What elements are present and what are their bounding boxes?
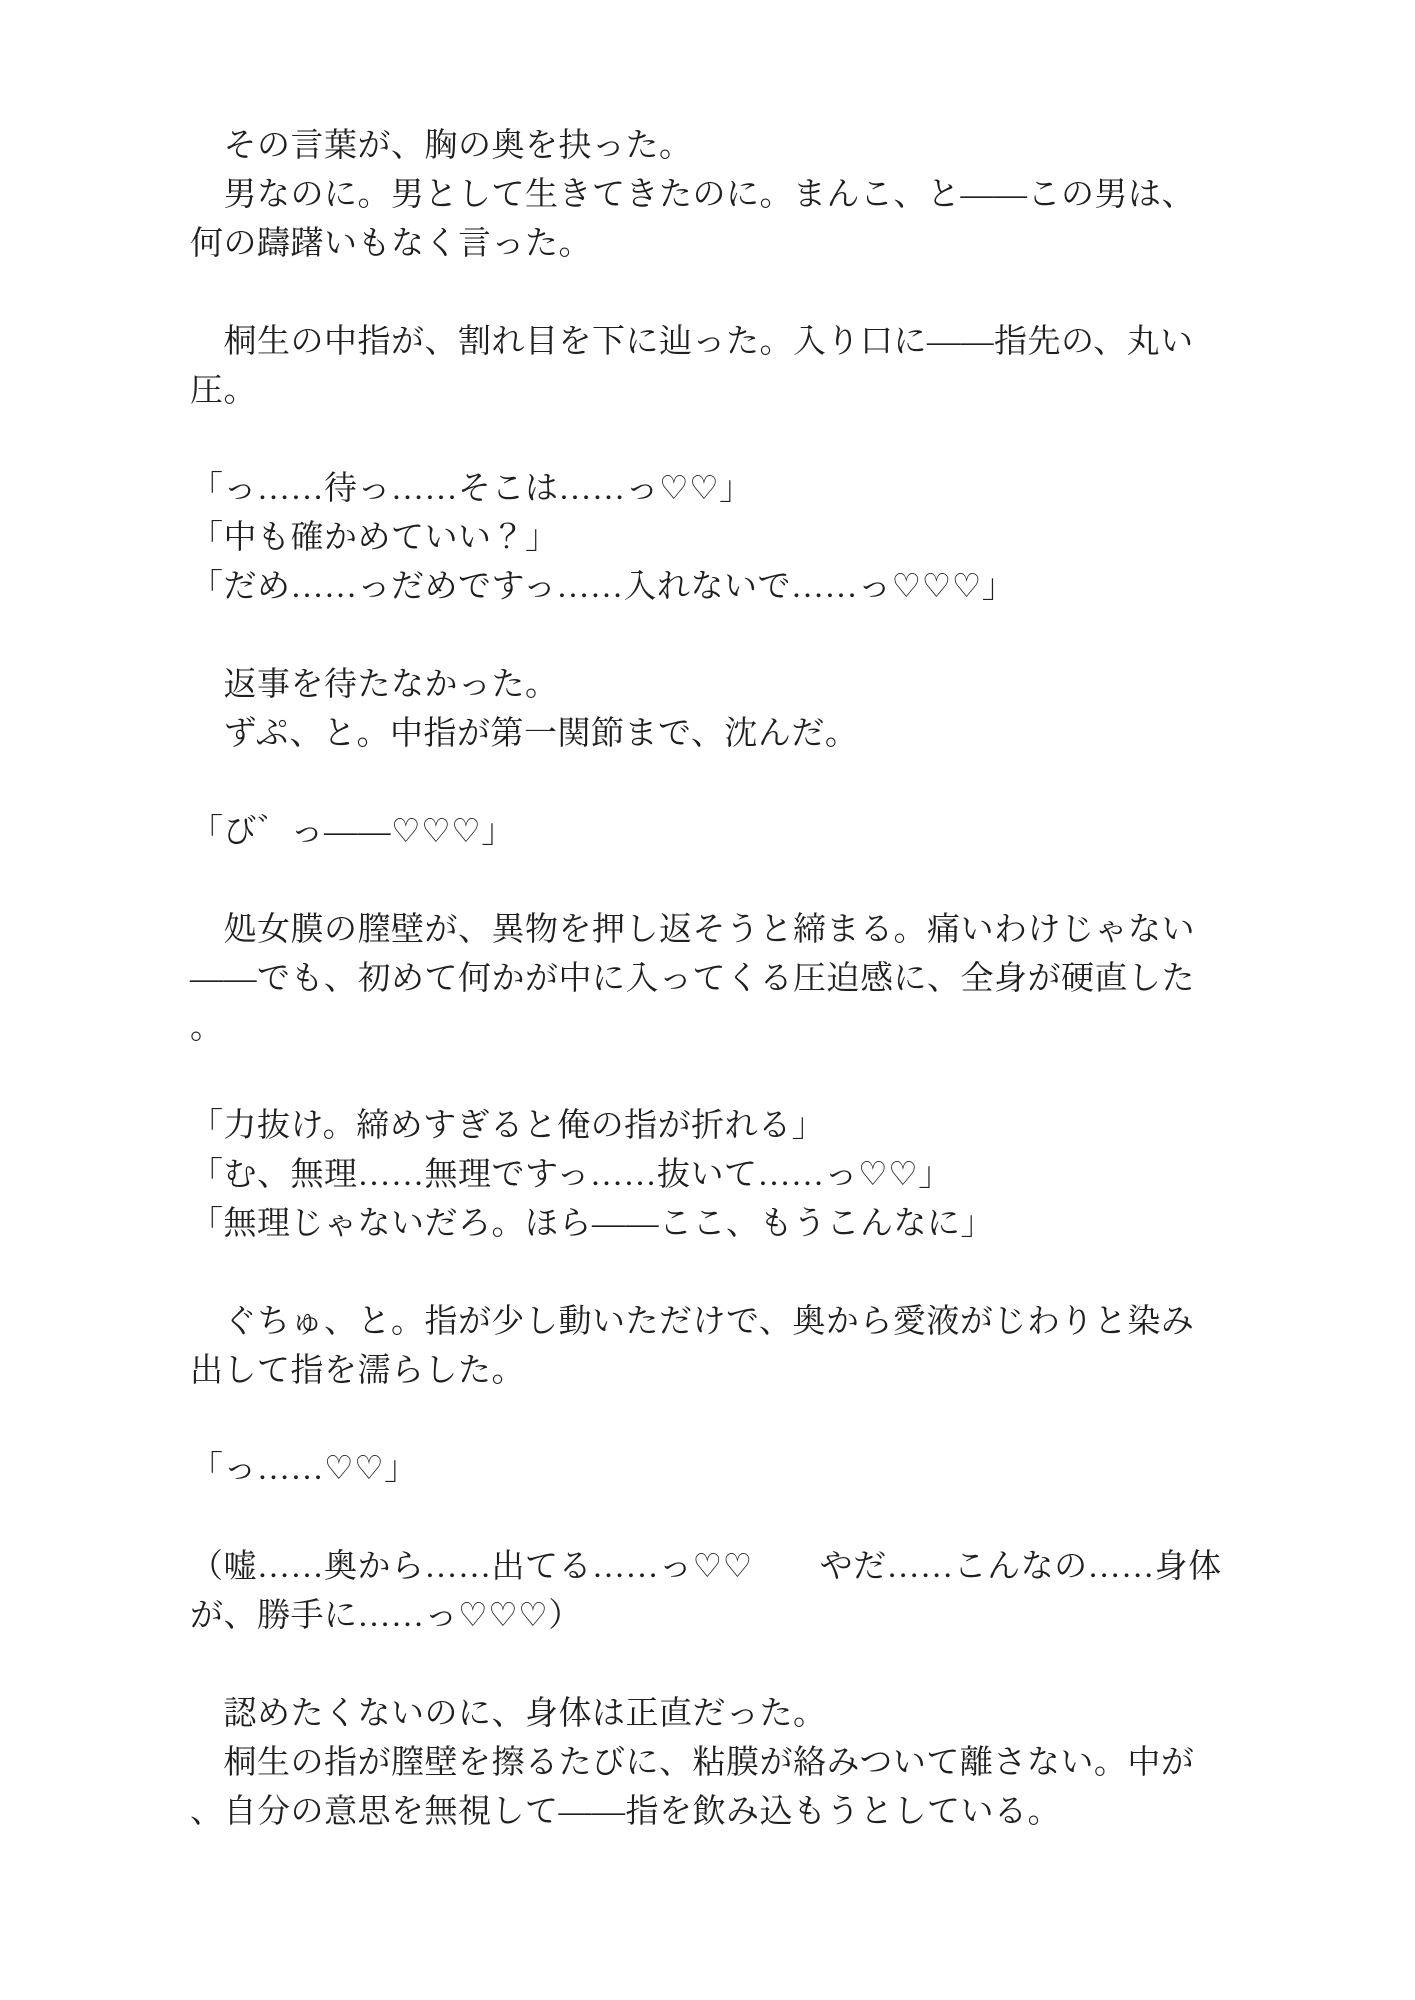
document-page: その言葉が、胸の奥を抉った。 男なのに。男として生きてきたのに。まんこ、と――こ…	[0, 0, 1415, 2000]
paragraph-narration: 処女膜の膣壁が、異物を押し返そうと締まる。痛いわけじゃない――でも、初めて何かが…	[190, 906, 1275, 1053]
text-line: 処女膜の膣壁が、異物を押し返そうと締まる。痛いわけじゃない	[190, 906, 1275, 955]
paragraph-narration: 桐生の中指が、割れ目を下に辿った。入り口に――指先の、丸い圧。	[190, 318, 1275, 416]
text-line: 「力抜け。締めすぎると俺の指が折れる」	[190, 1102, 1275, 1151]
text-line: 。	[190, 1004, 1275, 1053]
text-line: 認めたくないのに、身体は正直だった。	[190, 1690, 1275, 1739]
text-line: ぐちゅ、と。指が少し動いただけで、奥から愛液がじわりと染み	[190, 1298, 1275, 1347]
text-line: 出して指を濡らした。	[190, 1347, 1275, 1396]
paragraph-narration: ぐちゅ、と。指が少し動いただけで、奥から愛液がじわりと染み出して指を濡らした。	[190, 1298, 1275, 1396]
paragraph-narration: その言葉が、胸の奥を抉った。 男なのに。男として生きてきたのに。まんこ、と――こ…	[190, 122, 1275, 269]
text-line: 桐生の中指が、割れ目を下に辿った。入り口に――指先の、丸い	[190, 318, 1275, 367]
text-line: （嘘……奥から……出てる……っ♡♡ やだ……こんなの……身体	[190, 1543, 1275, 1592]
text-line: 「中も確かめていい？」	[190, 514, 1275, 563]
text-line: 「無理じゃないだろ。ほら――ここ、もうこんなに」	[190, 1200, 1275, 1249]
text-line: 「だめ……っだめですっ……入れないで……っ♡♡♡」	[190, 563, 1275, 612]
paragraph-narration: 返事を待たなかった。 ずぷ、と。中指が第一関節まで、沈んだ。	[190, 661, 1275, 759]
text-line: が、勝手に……っ♡♡♡）	[190, 1592, 1275, 1641]
text-line: 「っ……待っ……そこは……っ♡♡」	[190, 465, 1275, 514]
paragraph-narration: 認めたくないのに、身体は正直だった。 桐生の指が膣壁を擦るたびに、粘膜が絡みつい…	[190, 1690, 1275, 1837]
text-line: ――でも、初めて何かが中に入ってくる圧迫感に、全身が硬直した	[190, 955, 1275, 1004]
text-line: その言葉が、胸の奥を抉った。	[190, 122, 1275, 171]
text-line: 返事を待たなかった。	[190, 661, 1275, 710]
paragraph-dialogue: 「っ……待っ……そこは……っ♡♡」「中も確かめていい？」「だめ……っだめですっ……	[190, 465, 1275, 612]
page-content: その言葉が、胸の奥を抉った。 男なのに。男として生きてきたのに。まんこ、と――こ…	[190, 122, 1275, 1837]
paragraph-dialogue: 「っ……♡♡」	[190, 1445, 1275, 1494]
text-line: 何の躊躇いもなく言った。	[190, 220, 1275, 269]
text-line: ずぷ、と。中指が第一関節まで、沈んだ。	[190, 710, 1275, 759]
text-line: 圧。	[190, 367, 1275, 416]
text-line: 「び゛っ――♡♡♡」	[190, 808, 1275, 857]
text-line: 桐生の指が膣壁を擦るたびに、粘膜が絡みついて離さない。中が	[190, 1739, 1275, 1788]
paragraph-dialogue: 「力抜け。締めすぎると俺の指が折れる」「む、無理……無理ですっ……抜いて……っ♡…	[190, 1102, 1275, 1249]
text-line: 、自分の意思を無視して――指を飲み込もうとしている。	[190, 1788, 1275, 1837]
paragraph-dialogue: 「び゛っ――♡♡♡」	[190, 808, 1275, 857]
paragraph-inner-monologue: （嘘……奥から……出てる……っ♡♡ やだ……こんなの……身体が、勝手に……っ♡♡…	[190, 1543, 1275, 1641]
text-line: 「っ……♡♡」	[190, 1445, 1275, 1494]
text-line: 男なのに。男として生きてきたのに。まんこ、と――この男は、	[190, 171, 1275, 220]
text-line: 「む、無理……無理ですっ……抜いて……っ♡♡」	[190, 1151, 1275, 1200]
